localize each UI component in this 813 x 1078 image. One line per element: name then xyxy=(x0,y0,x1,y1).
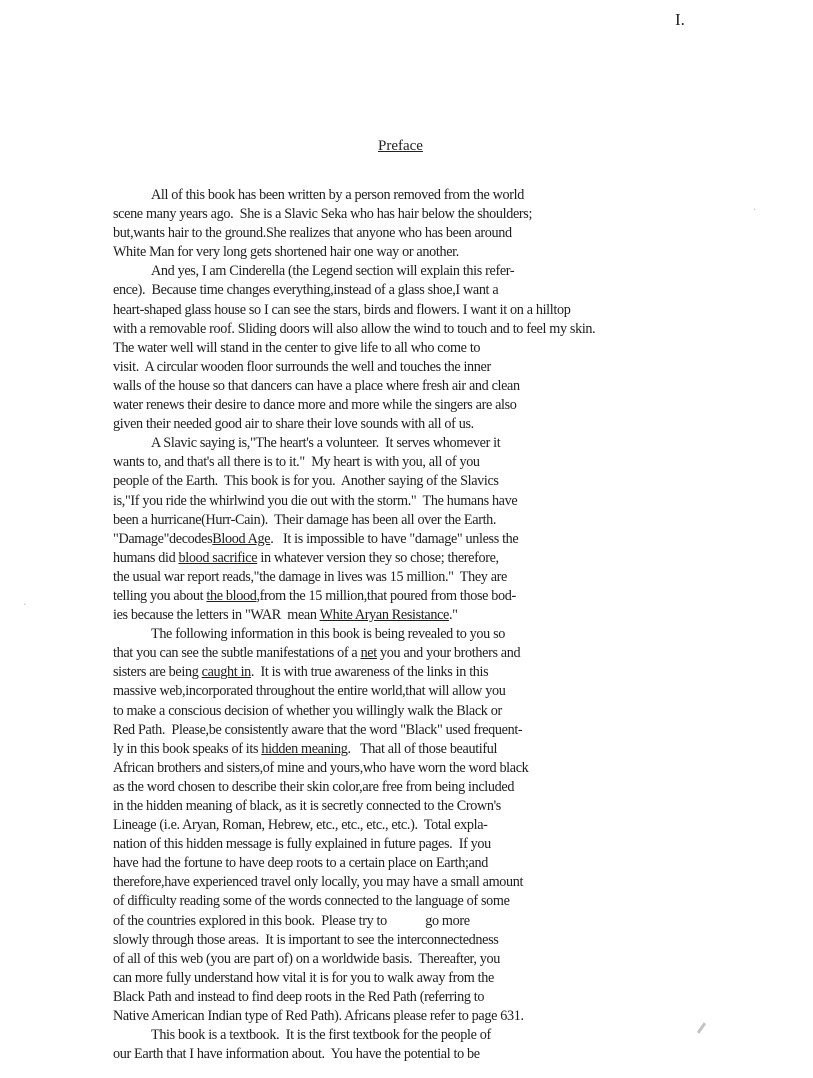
underlined-phrase: net xyxy=(361,645,377,661)
text-segment: with a removable roof. Sliding doors wil… xyxy=(113,321,595,337)
text-line: scene many years ago. She is a Slavic Se… xyxy=(113,205,813,224)
text-segment: Lineage (i.e. Aryan, Roman, Hebrew, etc.… xyxy=(113,817,488,833)
underlined-phrase: the blood xyxy=(206,588,256,604)
text-segment: Black Path and instead to find deep root… xyxy=(113,989,484,1005)
text-line: our Earth that I have information about.… xyxy=(113,1045,813,1064)
text-line: This book is a textbook. It is the first… xyxy=(113,1026,813,1045)
text-segment: you and your brothers and xyxy=(377,645,520,661)
text-segment: . That all of those beautiful xyxy=(347,741,497,757)
text-line: Black Path and instead to find deep root… xyxy=(113,988,813,1007)
text-segment: Red Path. Please,be consistently aware t… xyxy=(113,722,522,738)
underlined-phrase: White Aryan Resistance xyxy=(320,607,449,623)
text-line: "Damage"decodesBlood Age. It is impossib… xyxy=(113,530,813,549)
text-segment: humans did xyxy=(113,550,179,566)
text-segment: in whatever version they so chose; there… xyxy=(257,550,499,566)
text-line: humans did blood sacrifice in whatever v… xyxy=(113,549,813,568)
text-line: is,"If you ride the whirlwind you die ou… xyxy=(113,492,813,511)
text-segment: ." xyxy=(449,607,458,623)
text-line: of the countries explored in this book. … xyxy=(113,912,813,931)
text-line: been a hurricane(Hurr-Cain). Their damag… xyxy=(113,511,813,530)
text-segment: is,"If you ride the whirlwind you die ou… xyxy=(113,493,517,509)
text-segment: been a hurricane(Hurr-Cain). Their damag… xyxy=(113,512,496,528)
text-line: White Man for very long gets shortened h… xyxy=(113,243,813,262)
text-segment: . It is impossible to have "damage" unle… xyxy=(270,531,518,547)
text-line: people of the Earth. This book is for yo… xyxy=(113,472,813,491)
text-segment: African brothers and sisters,of mine and… xyxy=(113,760,528,776)
text-segment: that you can see the subtle manifestatio… xyxy=(113,645,361,661)
text-line: And yes, I am Cinderella (the Legend sec… xyxy=(113,262,813,281)
text-segment: our Earth that I have information about.… xyxy=(113,1046,480,1062)
text-line: given their needed good air to share the… xyxy=(113,415,813,434)
text-segment: And yes, I am Cinderella (the Legend sec… xyxy=(151,263,514,279)
text-segment: This book is a textbook. It is the first… xyxy=(151,1027,491,1043)
text-line: but,wants hair to the ground.She realize… xyxy=(113,224,813,243)
text-line: in the hidden meaning of black, as it is… xyxy=(113,797,813,816)
text-segment: therefore,have experienced travel only l… xyxy=(113,874,523,890)
text-line: of all of this web (you are part of) on … xyxy=(113,950,813,969)
text-line: heart-shaped glass house so I can see th… xyxy=(113,301,813,320)
text-line: Native American Indian type of Red Path)… xyxy=(113,1007,813,1026)
text-line: wants to, and that's all there is to it.… xyxy=(113,453,813,472)
text-line: slowly through those areas. It is import… xyxy=(113,931,813,950)
text-segment: sisters are being xyxy=(113,664,202,680)
text-segment: telling you about xyxy=(113,588,206,604)
text-line: sisters are being caught in. It is with … xyxy=(113,663,813,682)
underlined-phrase: hidden meaning xyxy=(261,741,347,757)
text-segment: can more fully understand how vital it i… xyxy=(113,970,494,986)
text-segment: visit. A circular wooden floor surrounds… xyxy=(113,359,491,375)
text-line: The following information in this book i… xyxy=(113,625,813,644)
underlined-phrase: Blood Age xyxy=(212,531,270,547)
text-line: that you can see the subtle manifestatio… xyxy=(113,644,813,663)
text-segment: nation of this hidden message is fully e… xyxy=(113,836,491,852)
text-line: therefore,have experienced travel only l… xyxy=(113,873,813,892)
text-line: African brothers and sisters,of mine and… xyxy=(113,759,813,778)
text-segment: given their needed good air to share the… xyxy=(113,416,474,432)
text-segment: ,from the 15 million,that poured from th… xyxy=(256,588,515,604)
text-segment: ly in this book speaks of its xyxy=(113,741,261,757)
text-segment: ence). Because time changes everything,i… xyxy=(113,282,498,298)
text-segment: slowly through those areas. It is import… xyxy=(113,932,498,948)
text-segment: in the hidden meaning of black, as it is… xyxy=(113,798,501,814)
page-number: I. xyxy=(675,10,685,30)
text-line: to make a conscious decision of whether … xyxy=(113,702,813,721)
text-line: with a removable roof. Sliding doors wil… xyxy=(113,320,813,339)
text-segment: water renews their desire to dance more … xyxy=(113,397,517,413)
text-line: of difficulty reading some of the words … xyxy=(113,892,813,911)
text-segment: The water well will stand in the center … xyxy=(113,340,480,356)
text-segment: the usual war report reads,"the damage i… xyxy=(113,569,507,585)
text-segment: The following information in this book i… xyxy=(151,626,505,642)
text-line: walls of the house so that dancers can h… xyxy=(113,377,813,396)
scan-speck: · xyxy=(22,600,27,610)
text-line: massive web,incorporated throughout the … xyxy=(113,682,813,701)
text-line: The water well will stand in the center … xyxy=(113,339,813,358)
page-title: Preface xyxy=(378,138,423,155)
text-line: Lineage (i.e. Aryan, Roman, Hebrew, etc.… xyxy=(113,816,813,835)
scan-speck: · xyxy=(752,205,757,215)
text-segment: walls of the house so that dancers can h… xyxy=(113,378,520,394)
text-line: have had the fortune to have deep roots … xyxy=(113,854,813,873)
text-line: ence). Because time changes everything,i… xyxy=(113,281,813,300)
preface-body: All of this book has been written by a p… xyxy=(113,186,813,1064)
text-line: ies because the letters in "WAR mean Whi… xyxy=(113,606,813,625)
text-segment: as the word chosen to describe their ski… xyxy=(113,779,514,795)
text-segment: White Man for very long gets shortened h… xyxy=(113,244,459,260)
text-line: A Slavic saying is,"The heart's a volunt… xyxy=(113,434,813,453)
text-line: All of this book has been written by a p… xyxy=(113,186,813,205)
text-segment: of all of this web (you are part of) on … xyxy=(113,951,500,967)
text-segment: to make a conscious decision of whether … xyxy=(113,703,502,719)
text-line: telling you about the blood,from the 15 … xyxy=(113,587,813,606)
text-segment: of the countries explored in this book. … xyxy=(113,913,470,929)
text-segment: of difficulty reading some of the words … xyxy=(113,893,510,909)
text-segment: ies because the letters in "WAR mean xyxy=(113,607,320,623)
text-line: Red Path. Please,be consistently aware t… xyxy=(113,721,813,740)
text-line: the usual war report reads,"the damage i… xyxy=(113,568,813,587)
text-segment: but,wants hair to the ground.She realize… xyxy=(113,225,512,241)
text-segment: scene many years ago. She is a Slavic Se… xyxy=(113,206,532,222)
text-segment: people of the Earth. This book is for yo… xyxy=(113,473,499,489)
text-line: can more fully understand how vital it i… xyxy=(113,969,813,988)
underlined-phrase: blood sacrifice xyxy=(179,550,258,566)
text-line: water renews their desire to dance more … xyxy=(113,396,813,415)
text-segment: All of this book has been written by a p… xyxy=(151,187,524,203)
text-line: as the word chosen to describe their ski… xyxy=(113,778,813,797)
underlined-phrase: caught in xyxy=(202,664,251,680)
text-line: nation of this hidden message is fully e… xyxy=(113,835,813,854)
text-segment: have had the fortune to have deep roots … xyxy=(113,855,488,871)
text-segment: heart-shaped glass house so I can see th… xyxy=(113,302,570,318)
text-segment: A Slavic saying is,"The heart's a volunt… xyxy=(151,435,500,451)
text-segment: massive web,incorporated throughout the … xyxy=(113,683,505,699)
text-line: visit. A circular wooden floor surrounds… xyxy=(113,358,813,377)
text-segment: "Damage"decodes xyxy=(113,531,212,547)
text-segment: wants to, and that's all there is to it.… xyxy=(113,454,480,470)
text-segment: . It is with true awareness of the links… xyxy=(251,664,488,680)
text-line: ly in this book speaks of its hidden mea… xyxy=(113,740,813,759)
text-segment: Native American Indian type of Red Path)… xyxy=(113,1008,524,1024)
